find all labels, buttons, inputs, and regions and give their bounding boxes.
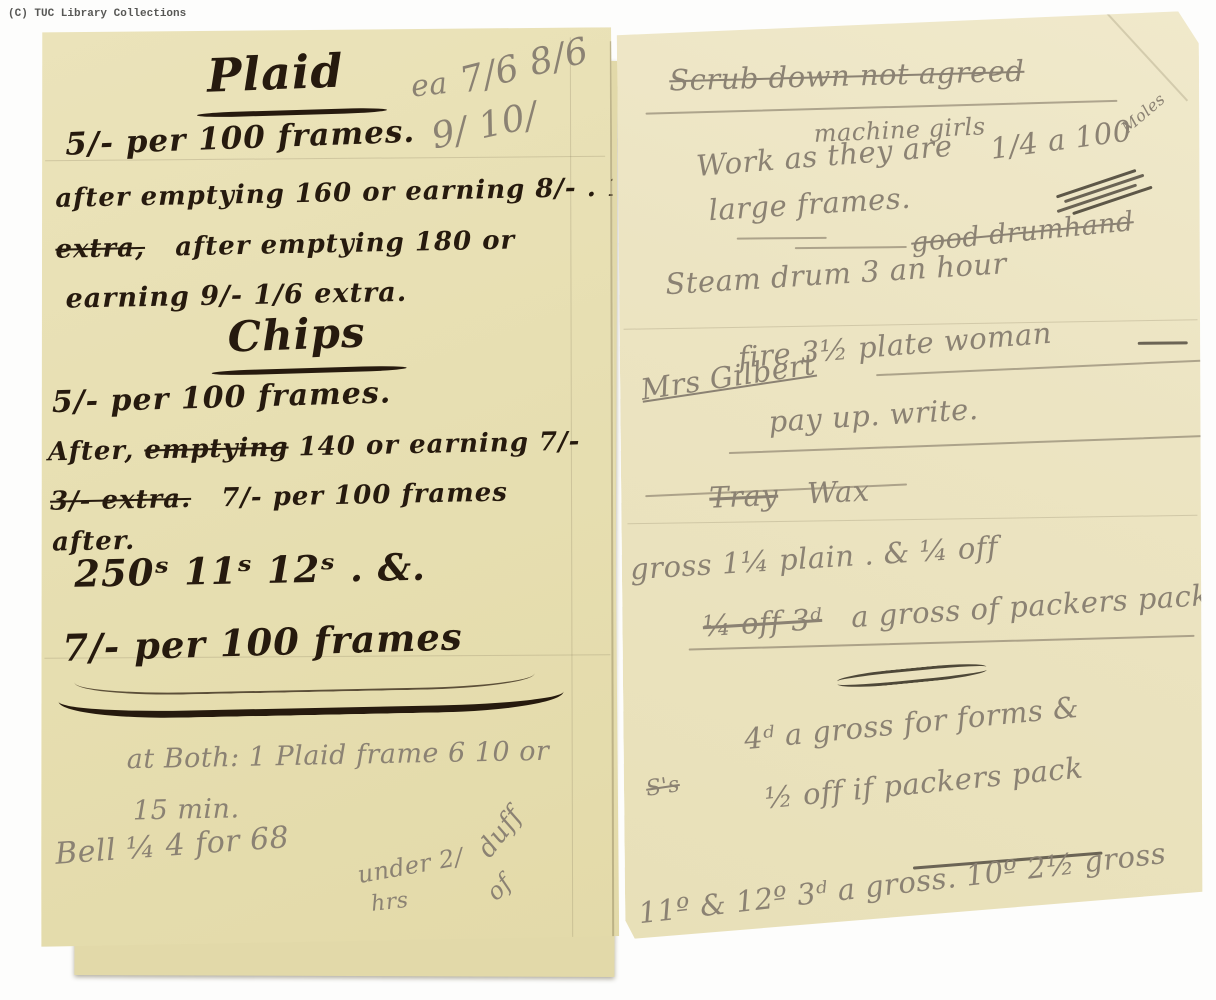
- chips-line-3-rest: 7/- per 100 frames: [221, 478, 508, 514]
- chips-heading: Chips: [227, 308, 367, 362]
- right-pencil-page: Scrub down not agreed machine girls Work…: [617, 11, 1208, 939]
- packers-line: ¼ off 3ᵈ a gross of packers pack: [702, 578, 1211, 643]
- pencil-note-6: duff: [472, 802, 529, 864]
- pencil-note-5: hrs: [370, 888, 410, 917]
- pencil-jotting-prices-1: 7/6 8/6: [456, 30, 593, 102]
- half-off-line: ½ off if packers pack: [763, 751, 1084, 816]
- degrees-gross-line: 11º & 12º 3ᵈ a gross. 10º 2½ gross: [637, 836, 1168, 930]
- scrub-down-heading-struck: Scrub down not agreed: [669, 54, 1025, 98]
- wax-heading: Tray Wax: [709, 474, 871, 515]
- plaid-line-3-struck: extra,: [55, 233, 145, 265]
- plaid-line-3-rest: after emptying 180 or: [175, 226, 516, 263]
- copyright-watermark: (C) TUC Library Collections: [8, 8, 186, 20]
- rule-line: [876, 359, 1210, 376]
- tray-word-struck: Tray: [709, 478, 779, 515]
- pencil-jotting-prices-2: 9/ 10/: [428, 95, 542, 158]
- chips-line-3-struck: 3/- extra.: [50, 484, 192, 517]
- chips-line-1: 5/- per 100 frames.: [51, 375, 391, 420]
- chips-line-2-struck: emptying: [144, 433, 289, 466]
- dash-mark: [1138, 341, 1188, 344]
- wax-word: Wax: [806, 474, 870, 511]
- gross-packers-rest: a gross of packers pack: [850, 578, 1210, 634]
- pencil-note-2: 15 min.: [133, 793, 240, 826]
- quarter-a-100-note: 1/4 a 100: [988, 113, 1133, 165]
- gross-plain-line: gross 1¼ plain . & ¼ off: [629, 530, 999, 587]
- short-underline: [737, 237, 827, 240]
- pencil-note-4: under 2/: [355, 843, 465, 889]
- chips-line-2-rest: 140 or earning 7/-: [298, 427, 580, 463]
- totals-line: 250ˢ 11ˢ 12ˢ . &.: [74, 545, 427, 596]
- large-frames-line: large frames.: [708, 181, 912, 227]
- rule-line: [729, 435, 1211, 454]
- pencil-note-3: Bell ¼ 4 for 68: [54, 820, 290, 872]
- mrs-gilbert-name: Mrs Gilbert: [638, 347, 817, 407]
- pencil-note-1: at Both: 1 Plaid frame 6 10 or: [126, 736, 549, 775]
- dark-double-mark: [837, 661, 988, 690]
- lead-in-line: [795, 246, 907, 249]
- scribble-mark: [1056, 169, 1137, 199]
- plaid-line-2: after emptying 160 or earning 8/- . 1/-: [55, 172, 649, 214]
- pencil-jotting-ea: ea: [409, 66, 449, 105]
- steam-drum-line: Steam drum 3 an hour: [664, 246, 1007, 301]
- heading-underline: [646, 100, 1118, 115]
- crease-line: [570, 37, 573, 937]
- plaid-heading: Plaid: [206, 44, 344, 103]
- scanned-document-photo: (C) TUC Library Collections Plaid ea 7/6…: [0, 0, 1216, 1000]
- forms-gross-line: 4ᵈ a gross for forms &: [743, 690, 1081, 756]
- chips-line-2: After, emptying 140 or earning 7/-: [48, 427, 581, 468]
- pencil-note-7: of: [481, 869, 518, 906]
- crease-line: [627, 515, 1197, 524]
- chips-line-2-a: After,: [48, 436, 135, 468]
- left-manuscript-page: Plaid ea 7/6 8/6 9/ 10/ 5/- per 100 fram…: [39, 27, 619, 947]
- plaid-line-3: extra, after emptying 180 or: [55, 226, 515, 265]
- pay-up-write-line: pay up. write.: [768, 392, 980, 439]
- quarter-off-struck: ¼ off 3ᵈ: [702, 602, 823, 643]
- corner-crease: [1106, 12, 1188, 101]
- plaid-line-1: 5/- per 100 frames.: [65, 114, 416, 163]
- chips-heading-underline: [212, 365, 407, 376]
- s-margin-note-struck: S's: [644, 772, 681, 802]
- chips-line-3: 3/- extra. 7/- per 100 frames: [50, 478, 508, 517]
